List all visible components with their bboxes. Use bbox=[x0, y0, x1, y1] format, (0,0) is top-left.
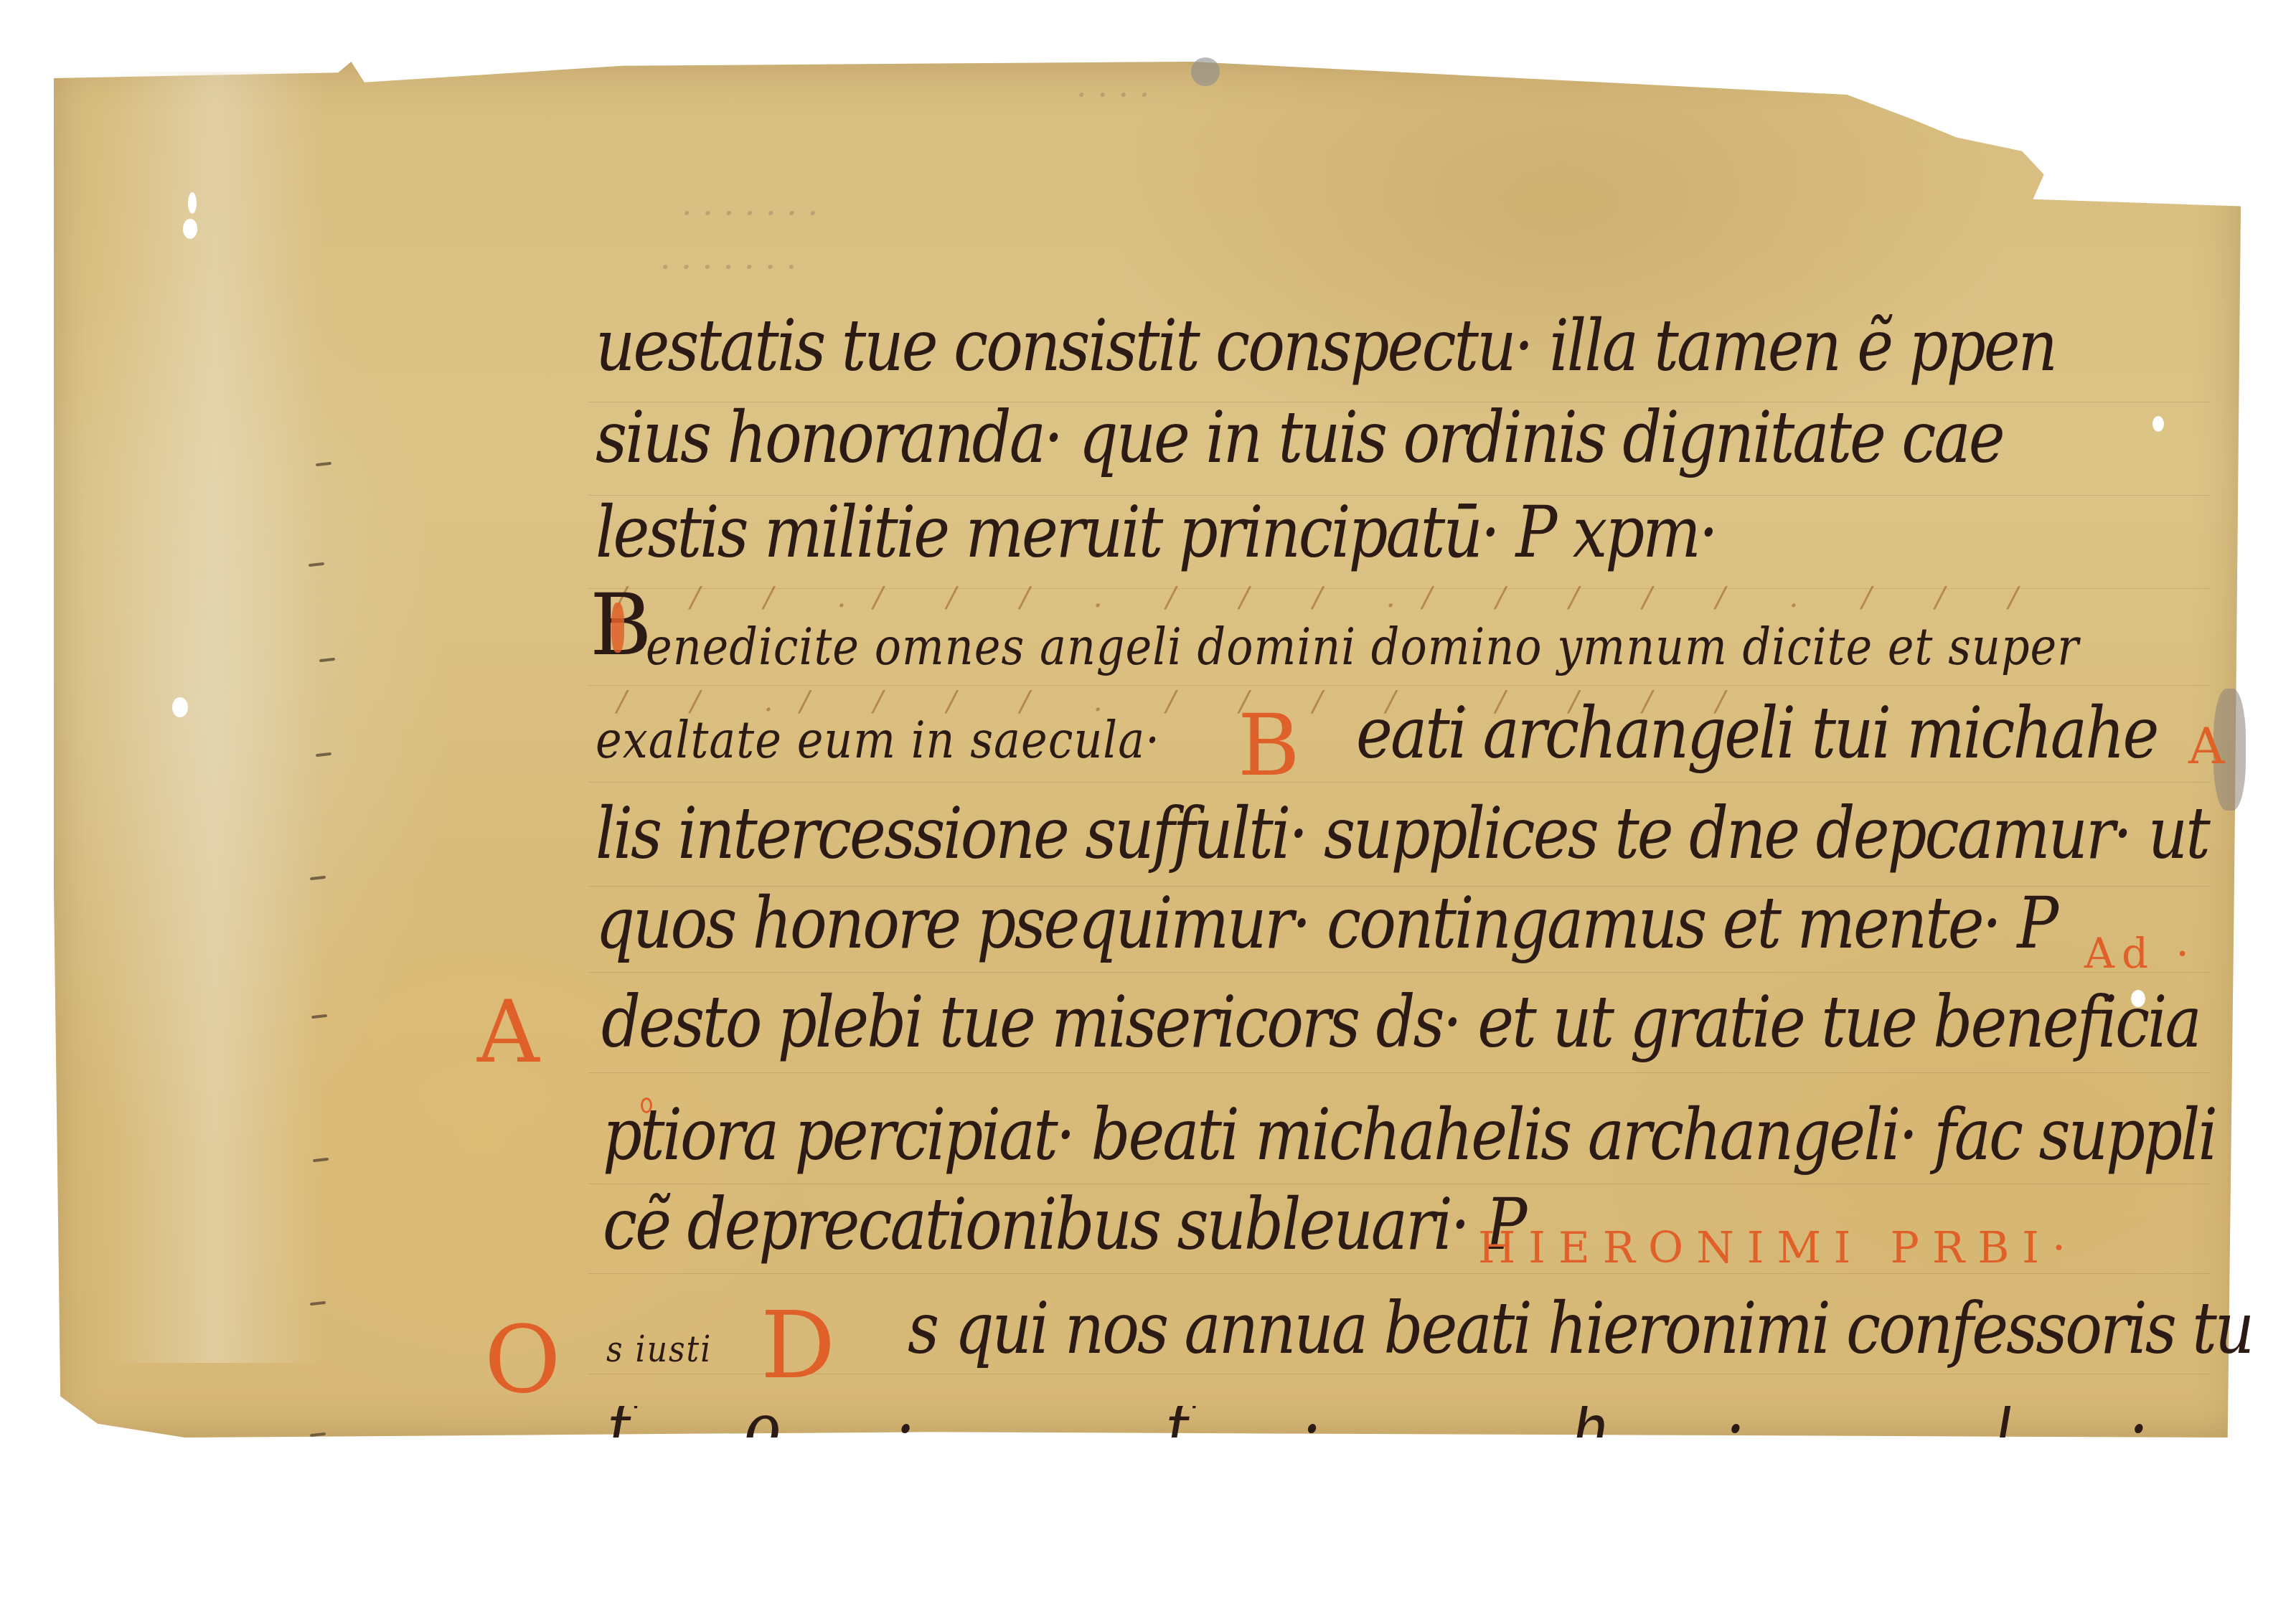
rubric-heading: HIERONIMI PRBI· bbox=[1478, 1227, 2079, 1270]
text-line-9: ptiora percipiat· beati michahelis archa… bbox=[603, 1094, 2216, 1176]
hole bbox=[188, 192, 197, 214]
text-line-2: sius honoranda· que in tuis ordinis dign… bbox=[596, 397, 2003, 479]
initial-b-fill bbox=[611, 603, 624, 653]
hole bbox=[2152, 416, 2164, 432]
initial-o-rubric: O bbox=[484, 1313, 561, 1406]
pencil-annotation: · · · · bbox=[1076, 75, 1149, 114]
pencil-annotation: · · · · · · · bbox=[660, 247, 796, 286]
text-line-11b: s qui nos annua beati hieronimi confesso… bbox=[908, 1288, 2252, 1370]
hole bbox=[2138, 143, 2158, 155]
ruling-line bbox=[588, 972, 2210, 973]
text-line-5b: eati archangeli tui michahe bbox=[1356, 692, 2157, 775]
ruling-line bbox=[588, 782, 2210, 783]
pencil-annotation: · · · · · · · bbox=[682, 194, 818, 232]
stain-patch bbox=[1191, 57, 1220, 86]
rubric-ad: Ad · bbox=[2084, 933, 2196, 974]
text-line-3: lestis militie meruit principatū· P xpm· bbox=[596, 491, 1716, 574]
text-line-10: cẽ deprecationibus subleuari· P bbox=[603, 1184, 1525, 1266]
rubric-a-margin: A bbox=[2188, 721, 2225, 771]
text-line-8: desto plebi tue misericors ds· et ut gra… bbox=[601, 981, 2200, 1064]
hole bbox=[172, 697, 188, 717]
ruling-line bbox=[588, 1273, 2210, 1274]
text-line-6: lis intercessione suffulti· supplices te… bbox=[596, 793, 2208, 875]
hole bbox=[2036, 126, 2051, 140]
text-line-1: uestatis tue consistit conspectu· illa t… bbox=[596, 305, 2056, 387]
text-line-7: quos honore psequimur· contingamus et me… bbox=[596, 882, 2056, 965]
text-line-4: enedicite omnes angeli domini domino ymn… bbox=[646, 616, 2079, 676]
text-line-11a: s iusti bbox=[606, 1328, 712, 1371]
initial-d-rubric: D bbox=[761, 1298, 835, 1392]
cut-off-line-clip: fo· f· h· l· bbox=[54, 1406, 2241, 1437]
text-line-5a: exaltate eum in saecula· bbox=[596, 709, 1160, 770]
hole bbox=[183, 219, 197, 239]
initial-a-rubric: A bbox=[477, 990, 540, 1076]
ruling-line bbox=[588, 1072, 2210, 1073]
text-line-12: fo· f· h· l· bbox=[606, 1406, 2241, 1437]
initial-b-rubric: B bbox=[1238, 703, 1300, 788]
hole bbox=[2188, 188, 2201, 199]
